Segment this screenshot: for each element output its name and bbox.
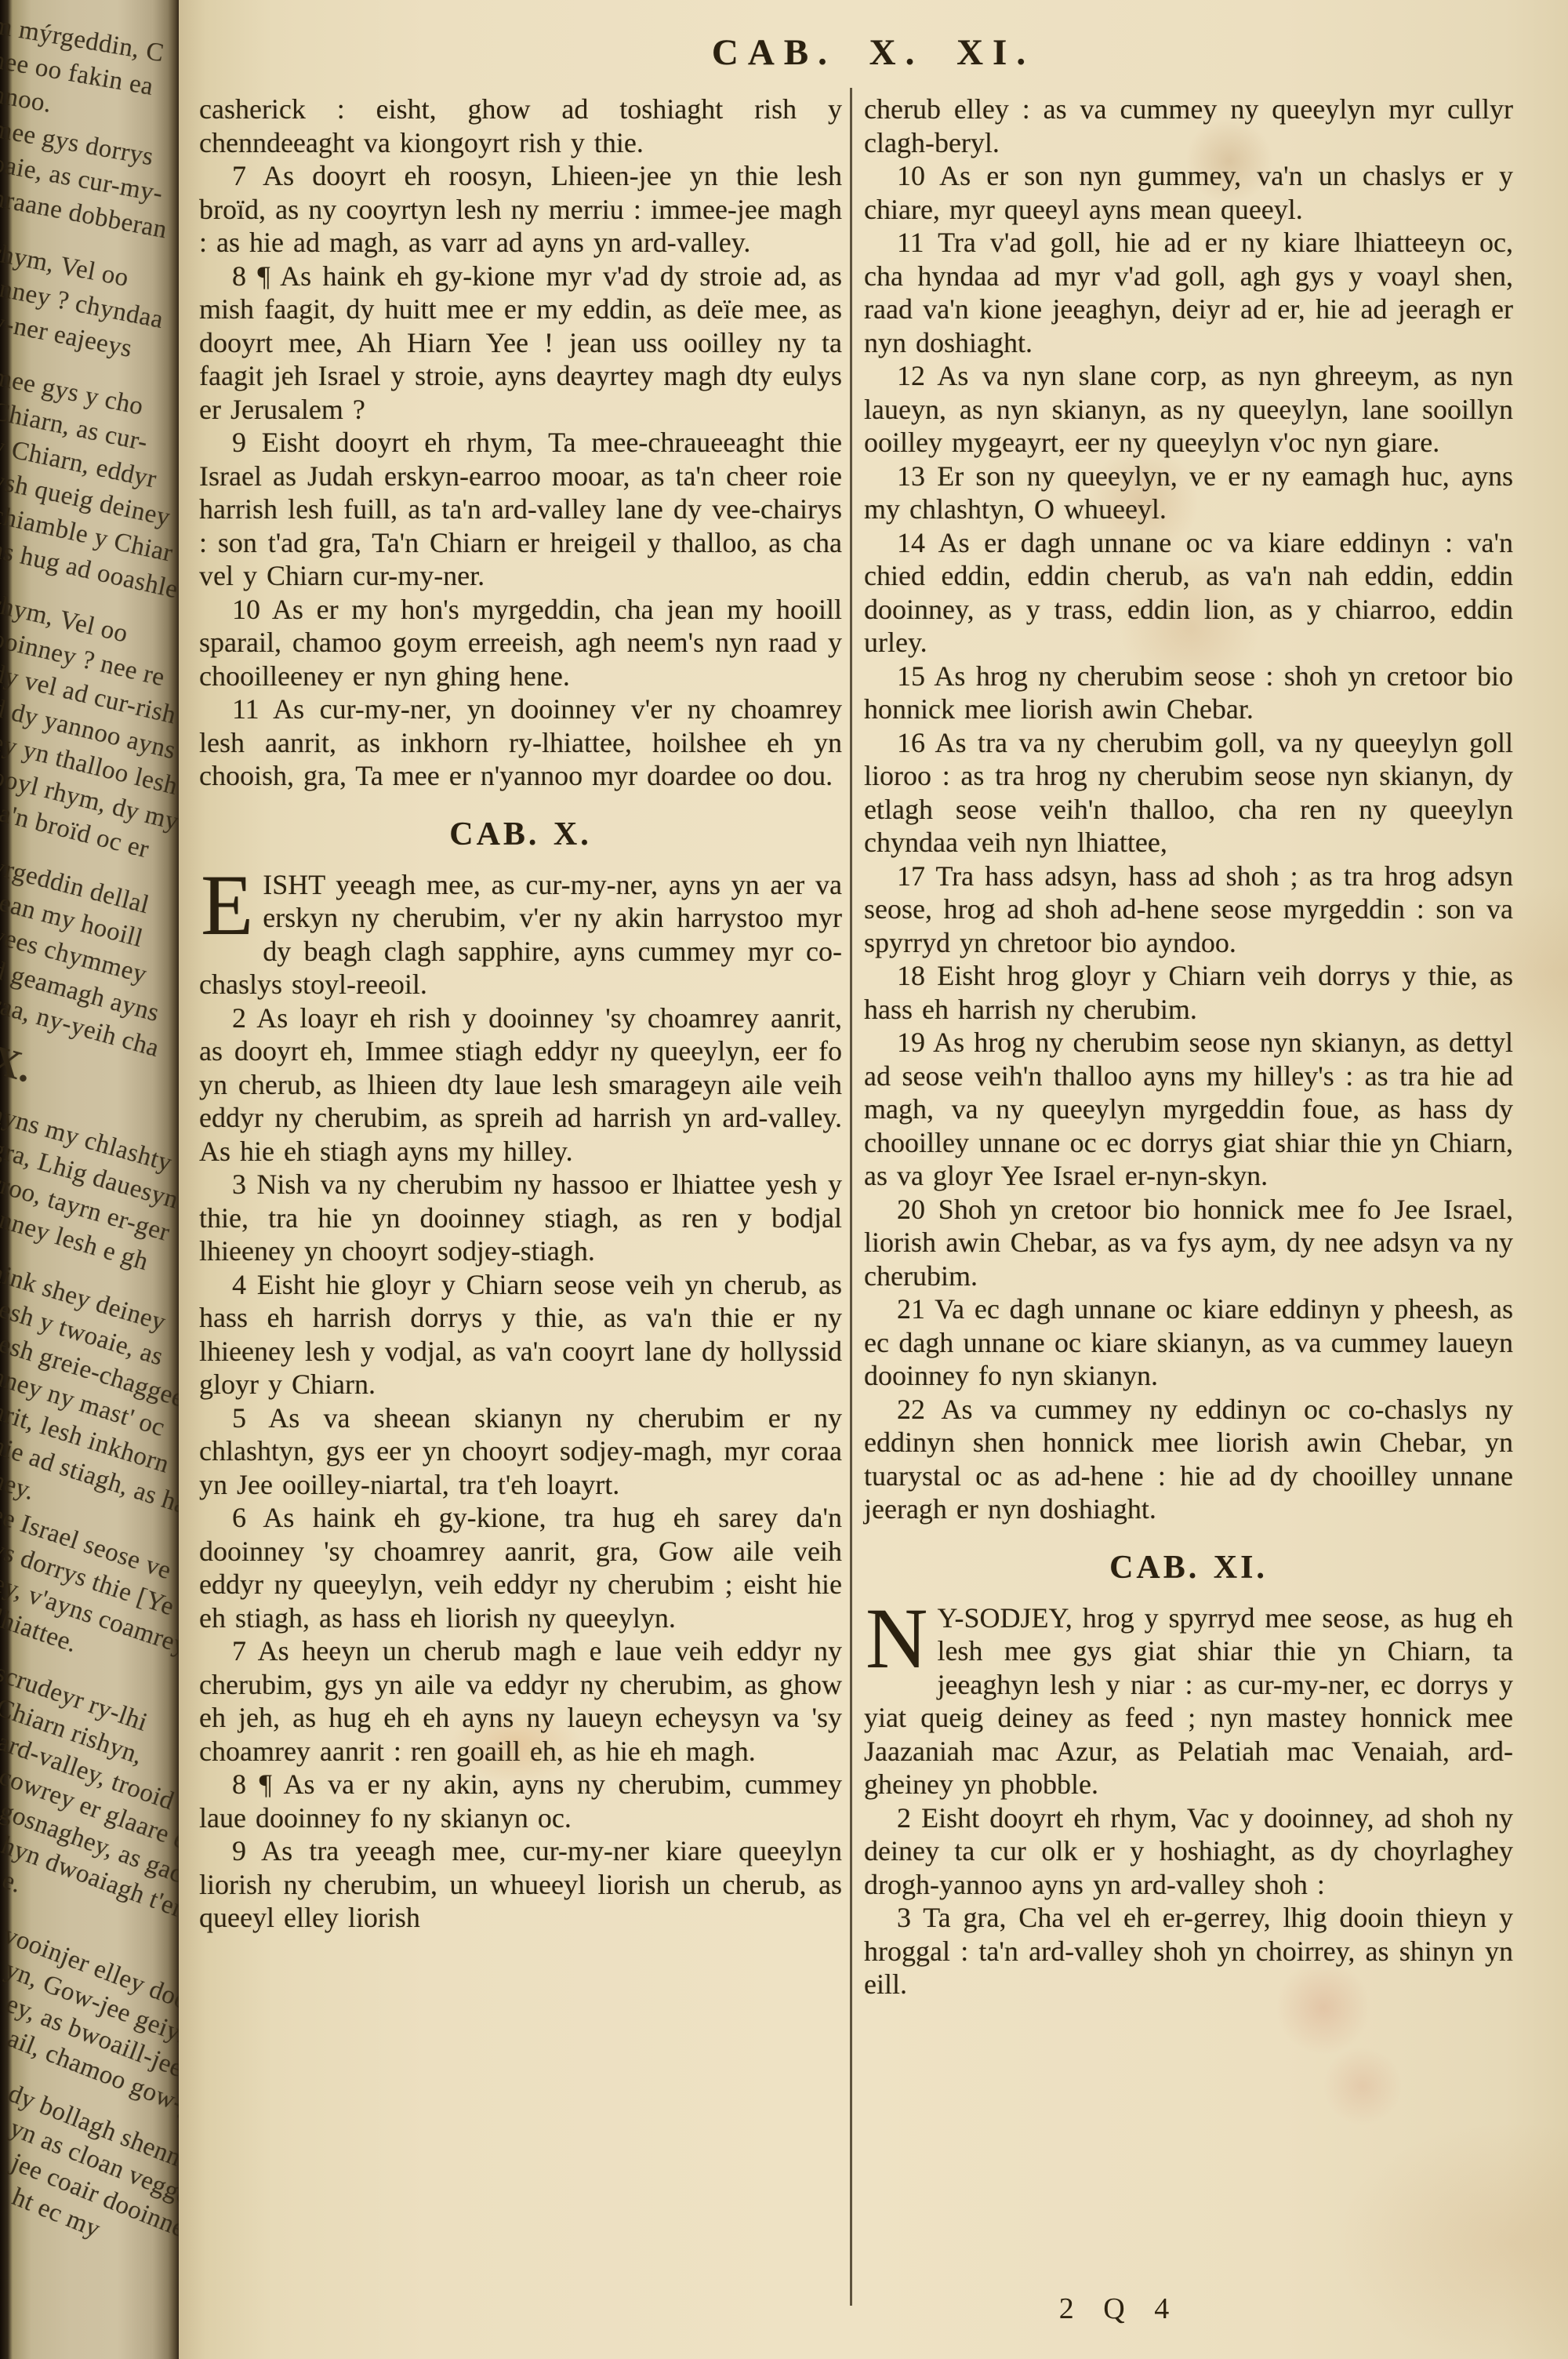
- chapter-heading: CAB. XI.: [864, 1550, 1513, 1586]
- verse-paragraph: 5 As va sheean skianyn ny cherubim er ny…: [199, 1401, 842, 1502]
- verse-paragraph: cherub elley : as va cummey ny queeylyn …: [864, 93, 1513, 159]
- verse-paragraph: 19 As hrog ny cherubim seose nyn skianyn…: [864, 1026, 1513, 1193]
- verse-paragraph: 2 Eisht dooyrt eh rhym, Vac y dooinney, …: [864, 1801, 1513, 1902]
- verse-paragraph: casherick : eisht, ghow ad toshiaght ris…: [199, 93, 842, 159]
- chapter-opening-paragraph: NY-SODJEY, hrog y spyrryd mee seose, as …: [864, 1601, 1513, 1801]
- book-photo: m mýrgeddin, Cnee oo fakin eannoo.mee gy…: [0, 0, 1568, 2359]
- chapter-opening-paragraph: EISHT yeeagh mee, as cur-my-ner, ayns yn…: [199, 868, 842, 1001]
- verse-paragraph: 3 Nish va ny cherubim ny hassoo er lhiat…: [199, 1168, 842, 1268]
- verse-paragraph: 8 ¶ As va er ny akin, ayns ny cherubim, …: [199, 1768, 842, 1834]
- verse-paragraph: 3 Ta gra, Cha vel eh er-gerrey, lhig doo…: [864, 1901, 1513, 2001]
- verse-paragraph: 11 As cur-my-ner, yn dooinney v'er ny ch…: [199, 692, 842, 793]
- verse-paragraph: 7 As dooyrt eh roosyn, Lhieen-jee yn thi…: [199, 159, 842, 260]
- right-column: cherub elley : as va cummey ny queeylyn …: [864, 93, 1513, 2001]
- verse-paragraph: 13 Er son ny queeylyn, ve er ny eamagh h…: [864, 460, 1513, 526]
- chapter-heading: CAB. X.: [199, 816, 842, 852]
- verse-paragraph: 2 As loayr eh rish y dooinney 'sy choamr…: [199, 1001, 842, 1169]
- verse-paragraph: 17 Tra hass adsyn, hass ad shoh ; as tra…: [864, 860, 1513, 960]
- verse-paragraph: 20 Shoh yn cretoor bio honnick mee fo Je…: [864, 1193, 1513, 1293]
- verse-paragraph: 21 Va ec dagh unnane oc kiare eddinyn y …: [864, 1292, 1513, 1393]
- gutter-text-line: hey.: [0, 1467, 38, 1506]
- drop-cap: E: [199, 868, 263, 937]
- verse-paragraph: 8 ¶ As haink eh gy-kione myr v'ad dy str…: [199, 260, 842, 427]
- verse-paragraph: 9 As tra yeeagh mee, cur-my-ner kiare qu…: [199, 1834, 842, 1935]
- verse-paragraph: 11 Tra v'ad goll, hie ad er ny kiare lhi…: [864, 226, 1513, 359]
- drop-cap: N: [864, 1601, 937, 1670]
- gutter-text-line: X.: [0, 1047, 34, 1083]
- page-header: CAB. X. XI.: [179, 31, 1568, 74]
- verse-paragraph: 14 As er dagh unnane oc va kiare eddinyn…: [864, 526, 1513, 660]
- verse-paragraph: 15 As hrog ny cherubim seose : shoh yn c…: [864, 660, 1513, 726]
- verse-paragraph: 22 As va cummey ny eddinyn oc co-chaslys…: [864, 1393, 1513, 1526]
- column-divider: [850, 88, 852, 2306]
- gutter-page-edge: m mýrgeddin, Cnee oo fakin eannoo.mee gy…: [0, 0, 179, 2359]
- verse-paragraph: 16 As tra va ny cherubim goll, va ny que…: [864, 726, 1513, 860]
- verse-paragraph: 7 As heeyn un cherub magh e laue veih ed…: [199, 1634, 842, 1768]
- main-page: CAB. X. XI. casherick : eisht, ghow ad t…: [179, 0, 1568, 2359]
- verse-paragraph: 12 As va nyn slane corp, as nyn ghreeym,…: [864, 359, 1513, 460]
- left-column: casherick : eisht, ghow ad toshiaght ris…: [199, 93, 842, 1935]
- gutter-text-line: nnoo.: [0, 82, 53, 118]
- verse-paragraph: 10 As er my hon's myrgeddin, cha jean my…: [199, 593, 842, 693]
- signature-mark: 2 Q 4: [1025, 2292, 1214, 2326]
- gutter-text-line: e.: [0, 1867, 26, 1898]
- verse-paragraph: 18 Eisht hrog gloyr y Chiarn veih dorrys…: [864, 959, 1513, 1026]
- verse-paragraph: 9 Eisht dooyrt eh rhym, Ta mee-chraueeag…: [199, 426, 842, 593]
- verse-paragraph: 6 As haink eh gy-kione, tra hug eh sarey…: [199, 1501, 842, 1634]
- verse-paragraph: 4 Eisht hie gloyr y Chiarn seose veih yn…: [199, 1268, 842, 1401]
- verse-paragraph: 10 As er son nyn gummey, va'n un chaslys…: [864, 159, 1513, 226]
